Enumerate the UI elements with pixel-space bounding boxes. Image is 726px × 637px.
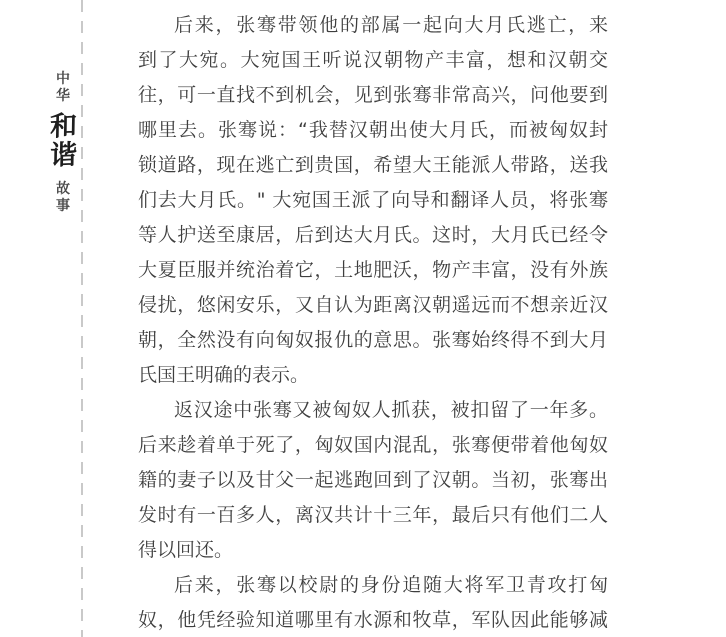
text-line: 往，可一直找不到机会，见到张骞非常高兴，问他要到 [138, 78, 608, 113]
text-line: 哪里去。张骞说：“我替汉朝出使大月氏，而被匈奴封 [138, 113, 608, 148]
spine-calligraphy-he: 和 [49, 111, 77, 141]
spine-title: 中 华 和 谐 故 事 [46, 71, 80, 215]
text-line: 返汉途中张骞又被匈奴人抓获，被扣留了一年多。 [138, 393, 608, 428]
text-line: 锁道路，现在逃亡到贵国，希望大王能派人带路，送我 [138, 148, 608, 183]
book-page: 中 华 和 谐 故 事 后来，张骞带领他的部属一起向大月氏逃亡，来到了大宛。大宛… [0, 0, 726, 637]
spine-calligraphy-xie: 谐 [49, 140, 77, 170]
spine-char-gu: 故 [56, 182, 70, 197]
text-line: 籍的妻子以及甘父一起逃跑回到了汉朝。当初，张骞出 [138, 463, 608, 498]
spine-char-shi: 事 [56, 199, 70, 214]
dashed-divider-line [81, 0, 83, 637]
text-line: 后来趁着单于死了，匈奴国内混乱，张骞便带着他匈奴 [138, 428, 608, 463]
text-line: 等人护送至康居，后到达大月氏。这时，大月氏已经令 [138, 218, 608, 253]
text-line: 氏国王明确的表示。 [138, 358, 608, 393]
text-line: 得以回还。 [138, 533, 608, 568]
text-line: 发时有一百多人，离汉共计十三年，最后只有他们二人 [138, 498, 608, 533]
text-line: 们去大月氏。" 大宛国王派了向导和翻译人员，将张骞 [138, 183, 608, 218]
text-line: 奴，他凭经验知道哪里有水源和牧草，军队因此能够减 [138, 603, 608, 637]
text-line: 大夏臣服并统治着它，土地肥沃，物产丰富，没有外族 [138, 253, 608, 288]
spine-char-zhong: 中 [56, 72, 70, 87]
text-line: 朝，全然没有向匈奴报仇的意思。张骞始终得不到大月 [138, 323, 608, 358]
spine-char-hua: 华 [56, 89, 70, 104]
text-line: 后来，张骞以校尉的身份追随大将军卫青攻打匈 [138, 568, 608, 603]
text-line: 侵扰，悠闲安乐，又自认为距离汉朝遥远而不想亲近汉 [138, 288, 608, 323]
text-line: 后来，张骞带领他的部属一起向大月氏逃亡，来 [138, 8, 608, 43]
body-text: 后来，张骞带领他的部属一起向大月氏逃亡，来到了大宛。大宛国王听说汉朝物产丰富，想… [138, 8, 608, 637]
text-line: 到了大宛。大宛国王听说汉朝物产丰富，想和汉朝交 [138, 43, 608, 78]
